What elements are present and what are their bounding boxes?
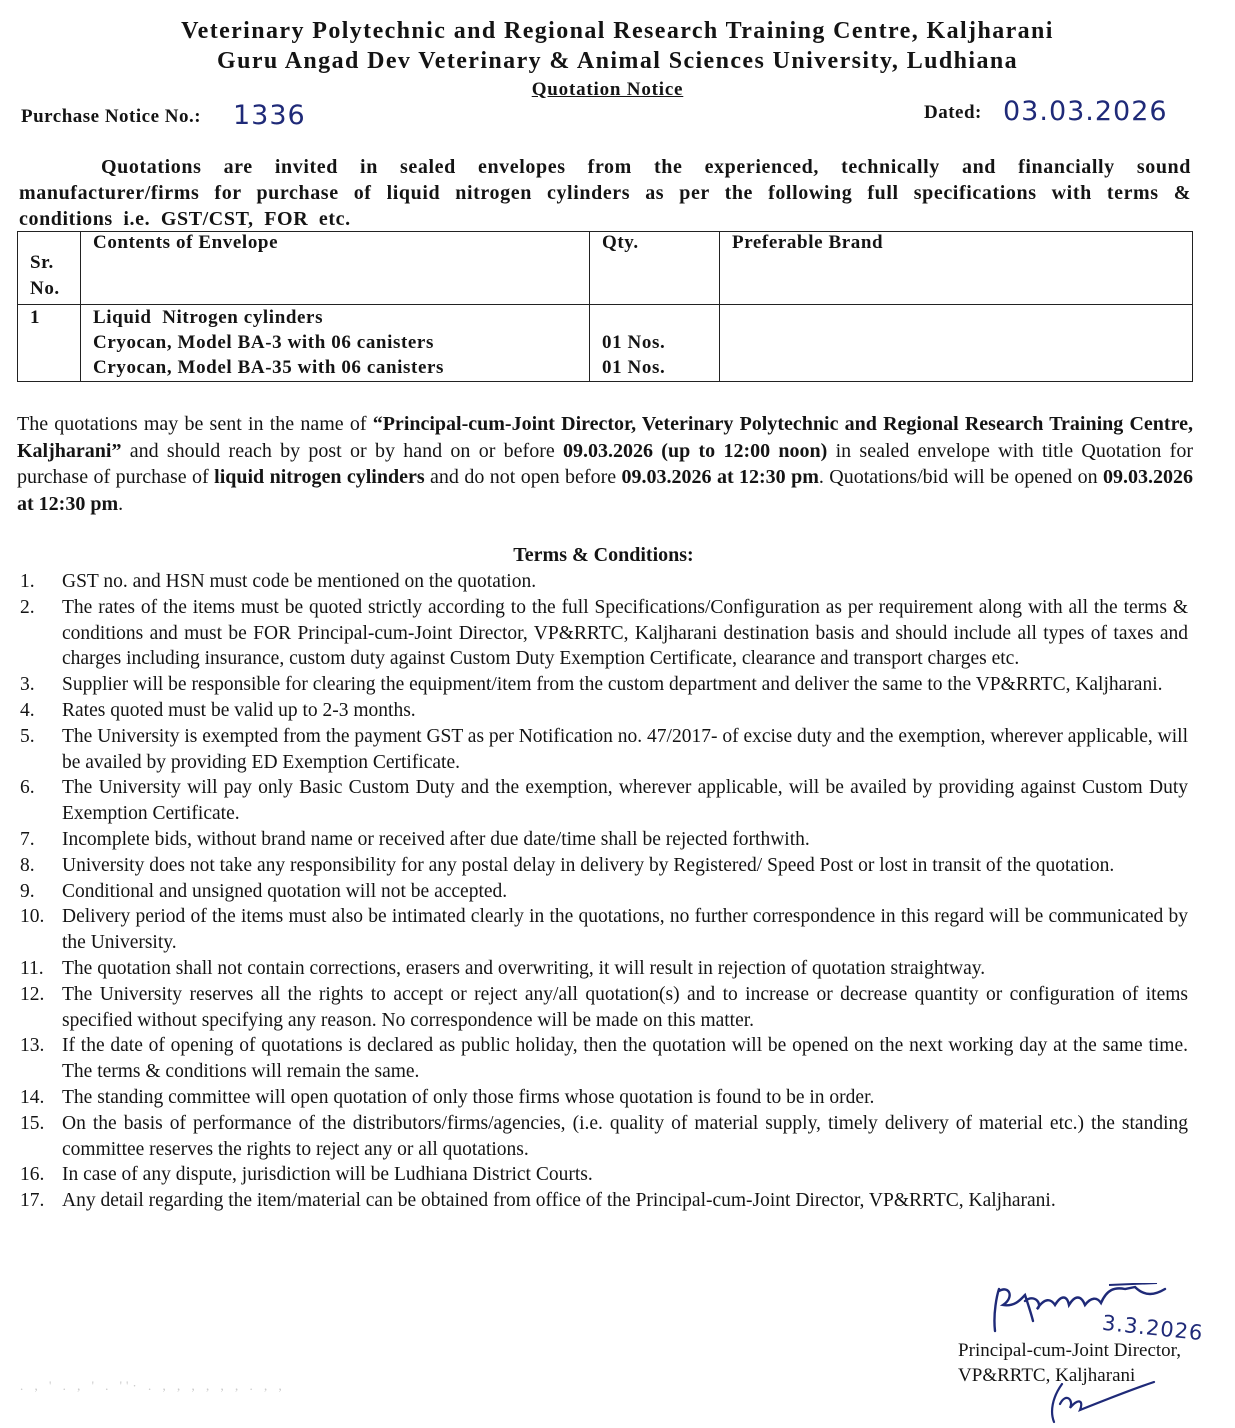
terms-item-number: 17. xyxy=(20,1188,50,1214)
bleed-through-marks: . , ' . , ' . ''· . , , , , , , . , , xyxy=(20,1378,286,1394)
signatory-designation: Principal-cum-Joint Director, xyxy=(958,1338,1181,1363)
terms-item-text: Conditional and unsigned quotation will … xyxy=(62,881,507,902)
quotation-notice-document: Veterinary Polytechnic and Regional Rese… xyxy=(0,0,1235,1428)
terms-item: 4.Rates quoted must be valid up to 2-3 m… xyxy=(20,698,1188,724)
terms-item-number: 3. xyxy=(20,672,50,698)
header-brand: Preferable Brand xyxy=(720,232,1193,305)
purchase-notice-label: Purchase Notice No.: xyxy=(21,106,201,128)
terms-item-text: The University is exempted from the paym… xyxy=(62,726,1188,773)
dated-value: 03.03.2026 xyxy=(1003,96,1168,127)
terms-item: 10.Delivery period of the items must als… xyxy=(20,904,1188,956)
cell-sr-no: 1 xyxy=(18,305,81,382)
terms-item: 8.University does not take any responsib… xyxy=(20,853,1188,879)
item-qty: 01 Nos. xyxy=(602,330,719,355)
item-title: Liquid Nitrogen cylinders xyxy=(93,305,589,330)
terms-item-number: 5. xyxy=(20,724,50,750)
terms-item-text: The standing committee will open quotati… xyxy=(62,1087,874,1108)
terms-title: Terms & Conditions: xyxy=(0,544,1207,567)
terms-item: 11.The quotation shall not contain corre… xyxy=(20,956,1188,982)
terms-item-number: 15. xyxy=(20,1111,50,1137)
terms-item-number: 13. xyxy=(20,1033,50,1059)
terms-item-text: The University will pay only Basic Custo… xyxy=(62,777,1188,824)
intro-text: Quotations are invited in sealed envelop… xyxy=(19,156,1191,230)
submission-text: . Quotations/bid will be opened on xyxy=(819,466,1103,488)
terms-item: 3.Supplier will be responsible for clear… xyxy=(20,672,1188,698)
cell-qty: 01 Nos. 01 Nos. xyxy=(590,305,720,382)
header-sr-no: Sr. No. xyxy=(18,232,81,305)
terms-item: 5.The University is exempted from the pa… xyxy=(20,724,1188,776)
item-description: Cryocan, Model BA-35 with 06 canisters xyxy=(93,355,589,380)
terms-item-number: 2. xyxy=(20,595,50,621)
terms-item: 1.GST no. and HSN must code be mentioned… xyxy=(20,569,1188,595)
initials-icon xyxy=(1040,1378,1160,1426)
terms-item: 9.Conditional and unsigned quotation wil… xyxy=(20,879,1188,905)
header-sr-line1: Sr. xyxy=(30,250,80,276)
terms-item-number: 1. xyxy=(20,569,50,595)
header-contents: Contents of Envelope xyxy=(81,232,590,305)
terms-item-number: 9. xyxy=(20,879,50,905)
terms-item-number: 10. xyxy=(20,904,50,930)
terms-item: 12.The University reserves all the right… xyxy=(20,982,1188,1034)
terms-item-text: University does not take any responsibil… xyxy=(62,855,1114,876)
terms-item-text: Supplier will be responsible for clearin… xyxy=(62,674,1163,695)
terms-item: 7.Incomplete bids, without brand name or… xyxy=(20,827,1188,853)
terms-item-number: 8. xyxy=(20,853,50,879)
terms-item-number: 4. xyxy=(20,698,50,724)
terms-item: 15.On the basis of performance of the di… xyxy=(20,1111,1188,1163)
cell-contents: Liquid Nitrogen cylinders Cryocan, Model… xyxy=(81,305,590,382)
submission-text: and should reach by post or by hand on o… xyxy=(121,440,563,462)
terms-list: 1.GST no. and HSN must code be mentioned… xyxy=(20,569,1188,1214)
terms-item-text: If the date of opening of quotations is … xyxy=(62,1035,1188,1082)
table-header-row: Sr. No. Contents of Envelope Qty. Prefer… xyxy=(18,232,1193,305)
terms-item: 16.In case of any dispute, jurisdiction … xyxy=(20,1162,1188,1188)
terms-item-text: GST no. and HSN must code be mentioned o… xyxy=(62,571,536,592)
submission-deadline: 09.03.2026 (up to 12:00 noon) xyxy=(563,440,827,462)
terms-item-text: Any detail regarding the item/material c… xyxy=(62,1190,1056,1211)
terms-item-number: 6. xyxy=(20,775,50,801)
cell-brand xyxy=(720,305,1193,382)
submission-item: liquid nitrogen cylinders xyxy=(214,466,425,488)
terms-item-text: In case of any dispute, jurisdiction wil… xyxy=(62,1164,593,1185)
institute-name: Veterinary Polytechnic and Regional Rese… xyxy=(0,18,1235,46)
submission-text: The quotations may be sent in the name o… xyxy=(17,413,373,435)
terms-item-text: The University reserves all the rights t… xyxy=(62,984,1188,1031)
terms-item-text: Delivery period of the items must also b… xyxy=(62,906,1188,953)
terms-item-number: 7. xyxy=(20,827,50,853)
submission-text: and do not open before xyxy=(425,466,622,488)
submission-paragraph: The quotations may be sent in the name o… xyxy=(17,411,1193,517)
table-row: 1 Liquid Nitrogen cylinders Cryocan, Mod… xyxy=(18,305,1193,382)
terms-item-text: On the basis of performance of the distr… xyxy=(62,1113,1188,1160)
specification-table: Sr. No. Contents of Envelope Qty. Prefer… xyxy=(17,231,1193,382)
item-description: Cryocan, Model BA-3 with 06 canisters xyxy=(93,330,589,355)
no-open-before: 09.03.2026 at 12:30 pm xyxy=(622,466,819,488)
dated-label: Dated: xyxy=(924,102,982,124)
terms-item: 17.Any detail regarding the item/materia… xyxy=(20,1188,1188,1214)
terms-item-text: The rates of the items must be quoted st… xyxy=(62,597,1188,670)
submission-text: . xyxy=(118,493,123,515)
terms-item-number: 12. xyxy=(20,982,50,1008)
terms-item-number: 16. xyxy=(20,1162,50,1188)
intro-paragraph: Quotations are invited in sealed envelop… xyxy=(19,154,1191,232)
terms-item-text: The quotation shall not contain correcti… xyxy=(62,958,985,979)
header-sr-line2: No. xyxy=(30,276,80,302)
terms-item: 6.The University will pay only Basic Cus… xyxy=(20,775,1188,827)
terms-item: 14.The standing committee will open quot… xyxy=(20,1085,1188,1111)
terms-item-text: Incomplete bids, without brand name or r… xyxy=(62,829,810,850)
purchase-notice-number: 1336 xyxy=(233,100,306,131)
terms-item-number: 11. xyxy=(20,956,50,982)
item-qty: 01 Nos. xyxy=(602,355,719,380)
terms-item-number: 14. xyxy=(20,1085,50,1111)
terms-item: 2.The rates of the items must be quoted … xyxy=(20,595,1188,672)
terms-item-text: Rates quoted must be valid up to 2-3 mon… xyxy=(62,700,416,721)
header-qty: Qty. xyxy=(590,232,720,305)
terms-item: 13.If the date of opening of quotations … xyxy=(20,1033,1188,1085)
university-name: Guru Angad Dev Veterinary & Animal Scien… xyxy=(0,48,1235,76)
